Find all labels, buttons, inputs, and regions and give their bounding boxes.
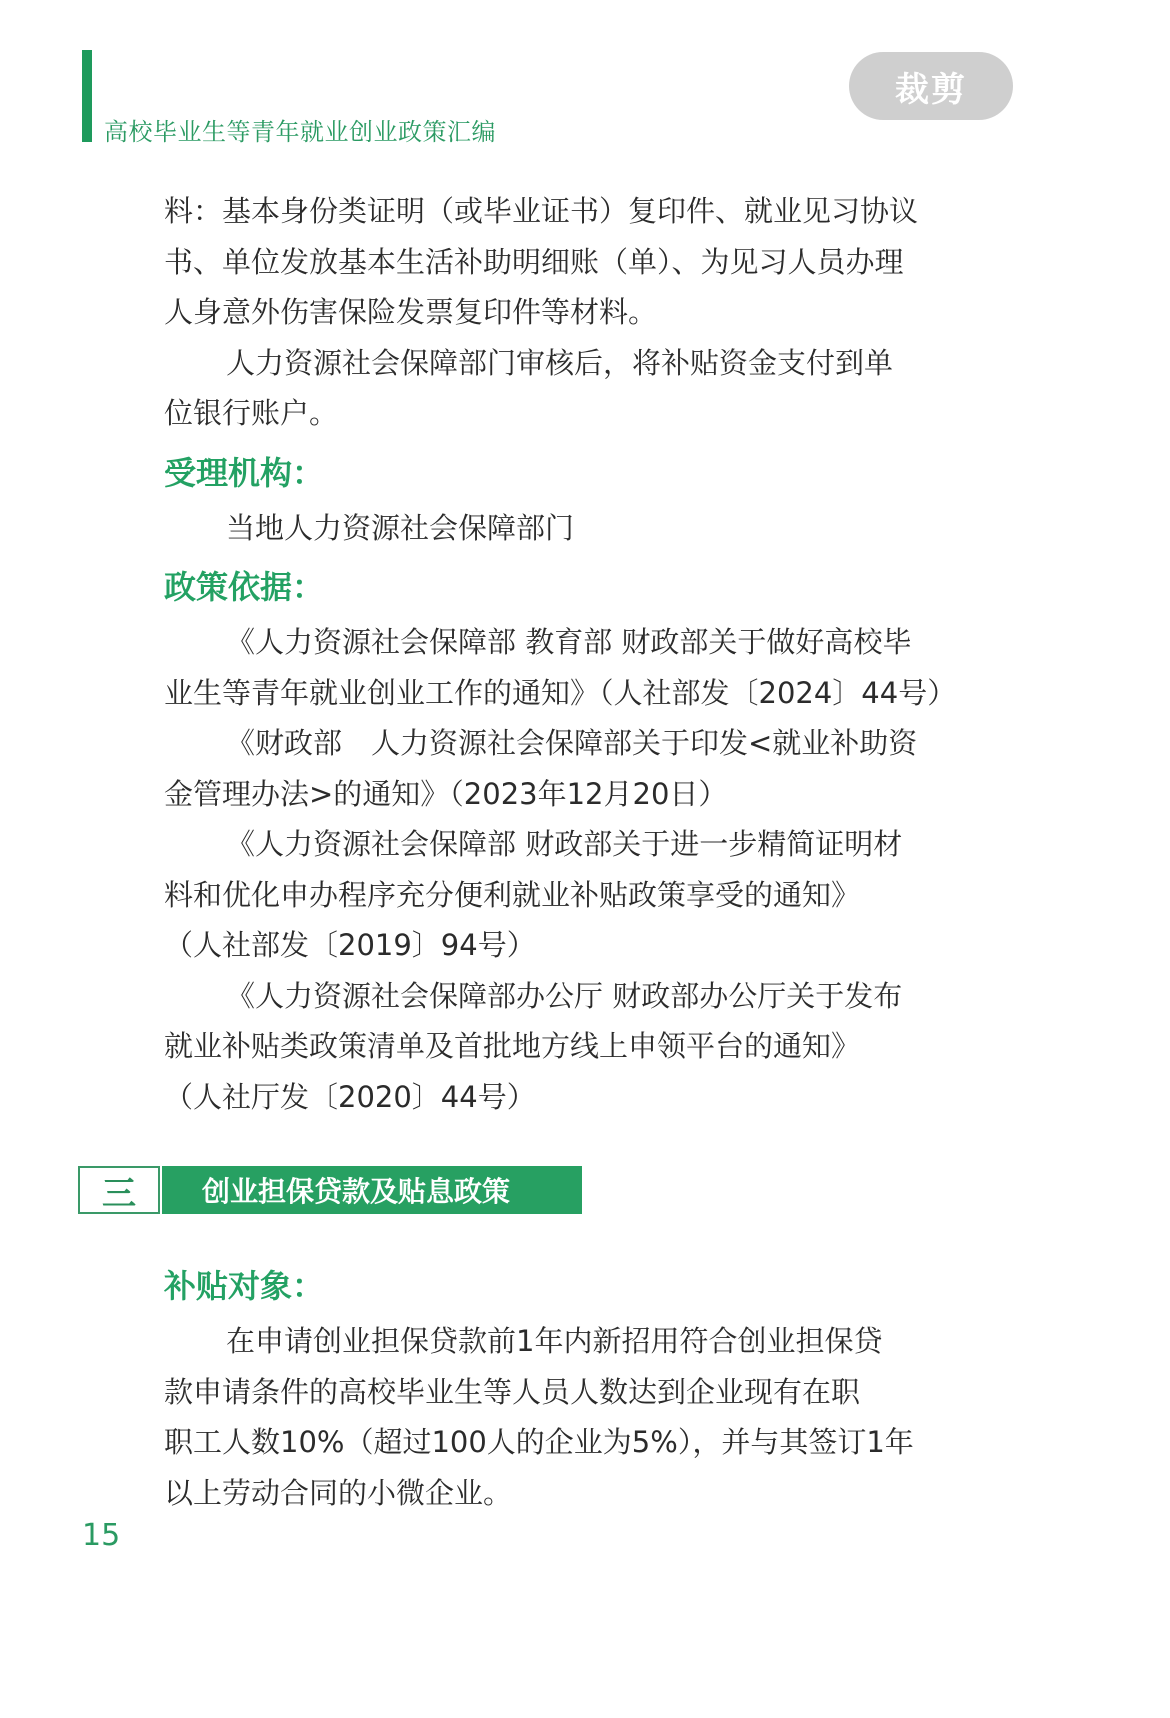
- header-accent-bar: [82, 50, 92, 142]
- body-line: 位银行账户。: [164, 388, 944, 439]
- body-line: 以上劳动合同的小微企业。: [164, 1468, 944, 1519]
- section-header-three: 三 创业担保贷款及贴息政策: [78, 1166, 582, 1214]
- basis-line: 《人力资源社会保障部 财政部关于进一步精简证明材: [164, 819, 944, 870]
- agency-text: 当地人力资源社会保障部门: [164, 503, 944, 554]
- body-line: 料：基本身份类证明（或毕业证书）复印件、就业见习协议: [164, 186, 944, 237]
- body-line: 人身意外伤害保险发票复印件等材料。: [164, 287, 944, 338]
- basis-line: 就业补贴类政策清单及首批地方线上申领平台的通知》: [164, 1021, 944, 1072]
- basis-line: （人社厅发〔2020〕44号）: [164, 1072, 944, 1123]
- previous-section-body: 料：基本身份类证明（或毕业证书）复印件、就业见习协议 书、单位发放基本生活补助明…: [164, 186, 944, 1122]
- basis-line: 《财政部 人力资源社会保障部关于印发<就业补助资: [164, 718, 944, 769]
- section-title: 创业担保贷款及贴息政策: [162, 1166, 582, 1214]
- basis-line: 《人力资源社会保障部 教育部 财政部关于做好高校毕: [164, 617, 944, 668]
- body-line: 款申请条件的高校毕业生等人员人数达到企业现有在职: [164, 1367, 944, 1418]
- body-line: 书、单位发放基本生活补助明细账（单）、为见习人员办理: [164, 237, 944, 288]
- basis-line: 料和优化申办程序充分便利就业补贴政策享受的通知》: [164, 870, 944, 921]
- basis-line: 《人力资源社会保障部办公厅 财政部办公厅关于发布: [164, 971, 944, 1022]
- basis-line: （人社部发〔2019〕94号）: [164, 920, 944, 971]
- section-number: 三: [78, 1166, 160, 1214]
- section-three-body: 补贴对象： 在申请创业担保贷款前1年内新招用符合创业担保贷 款申请条件的高校毕业…: [164, 1256, 944, 1518]
- body-line: 职工人数10%（超过100人的企业为5%），并与其签订1年: [164, 1417, 944, 1468]
- running-title: 高校毕业生等青年就业创业政策汇编: [104, 112, 496, 147]
- basis-heading: 政策依据：: [164, 557, 944, 617]
- crop-button[interactable]: 裁剪: [849, 52, 1013, 120]
- body-line: 人力资源社会保障部门审核后，将补贴资金支付到单: [164, 338, 944, 389]
- body-line: 在申请创业担保贷款前1年内新招用符合创业担保贷: [164, 1316, 944, 1367]
- agency-heading: 受理机构：: [164, 443, 944, 503]
- basis-line: 金管理办法>的通知》（2023年12月20日）: [164, 769, 944, 820]
- target-heading: 补贴对象：: [164, 1256, 944, 1316]
- basis-line: 业生等青年就业创业工作的通知》（人社部发〔2024〕44号）: [164, 668, 944, 719]
- page-number: 15: [82, 1518, 120, 1553]
